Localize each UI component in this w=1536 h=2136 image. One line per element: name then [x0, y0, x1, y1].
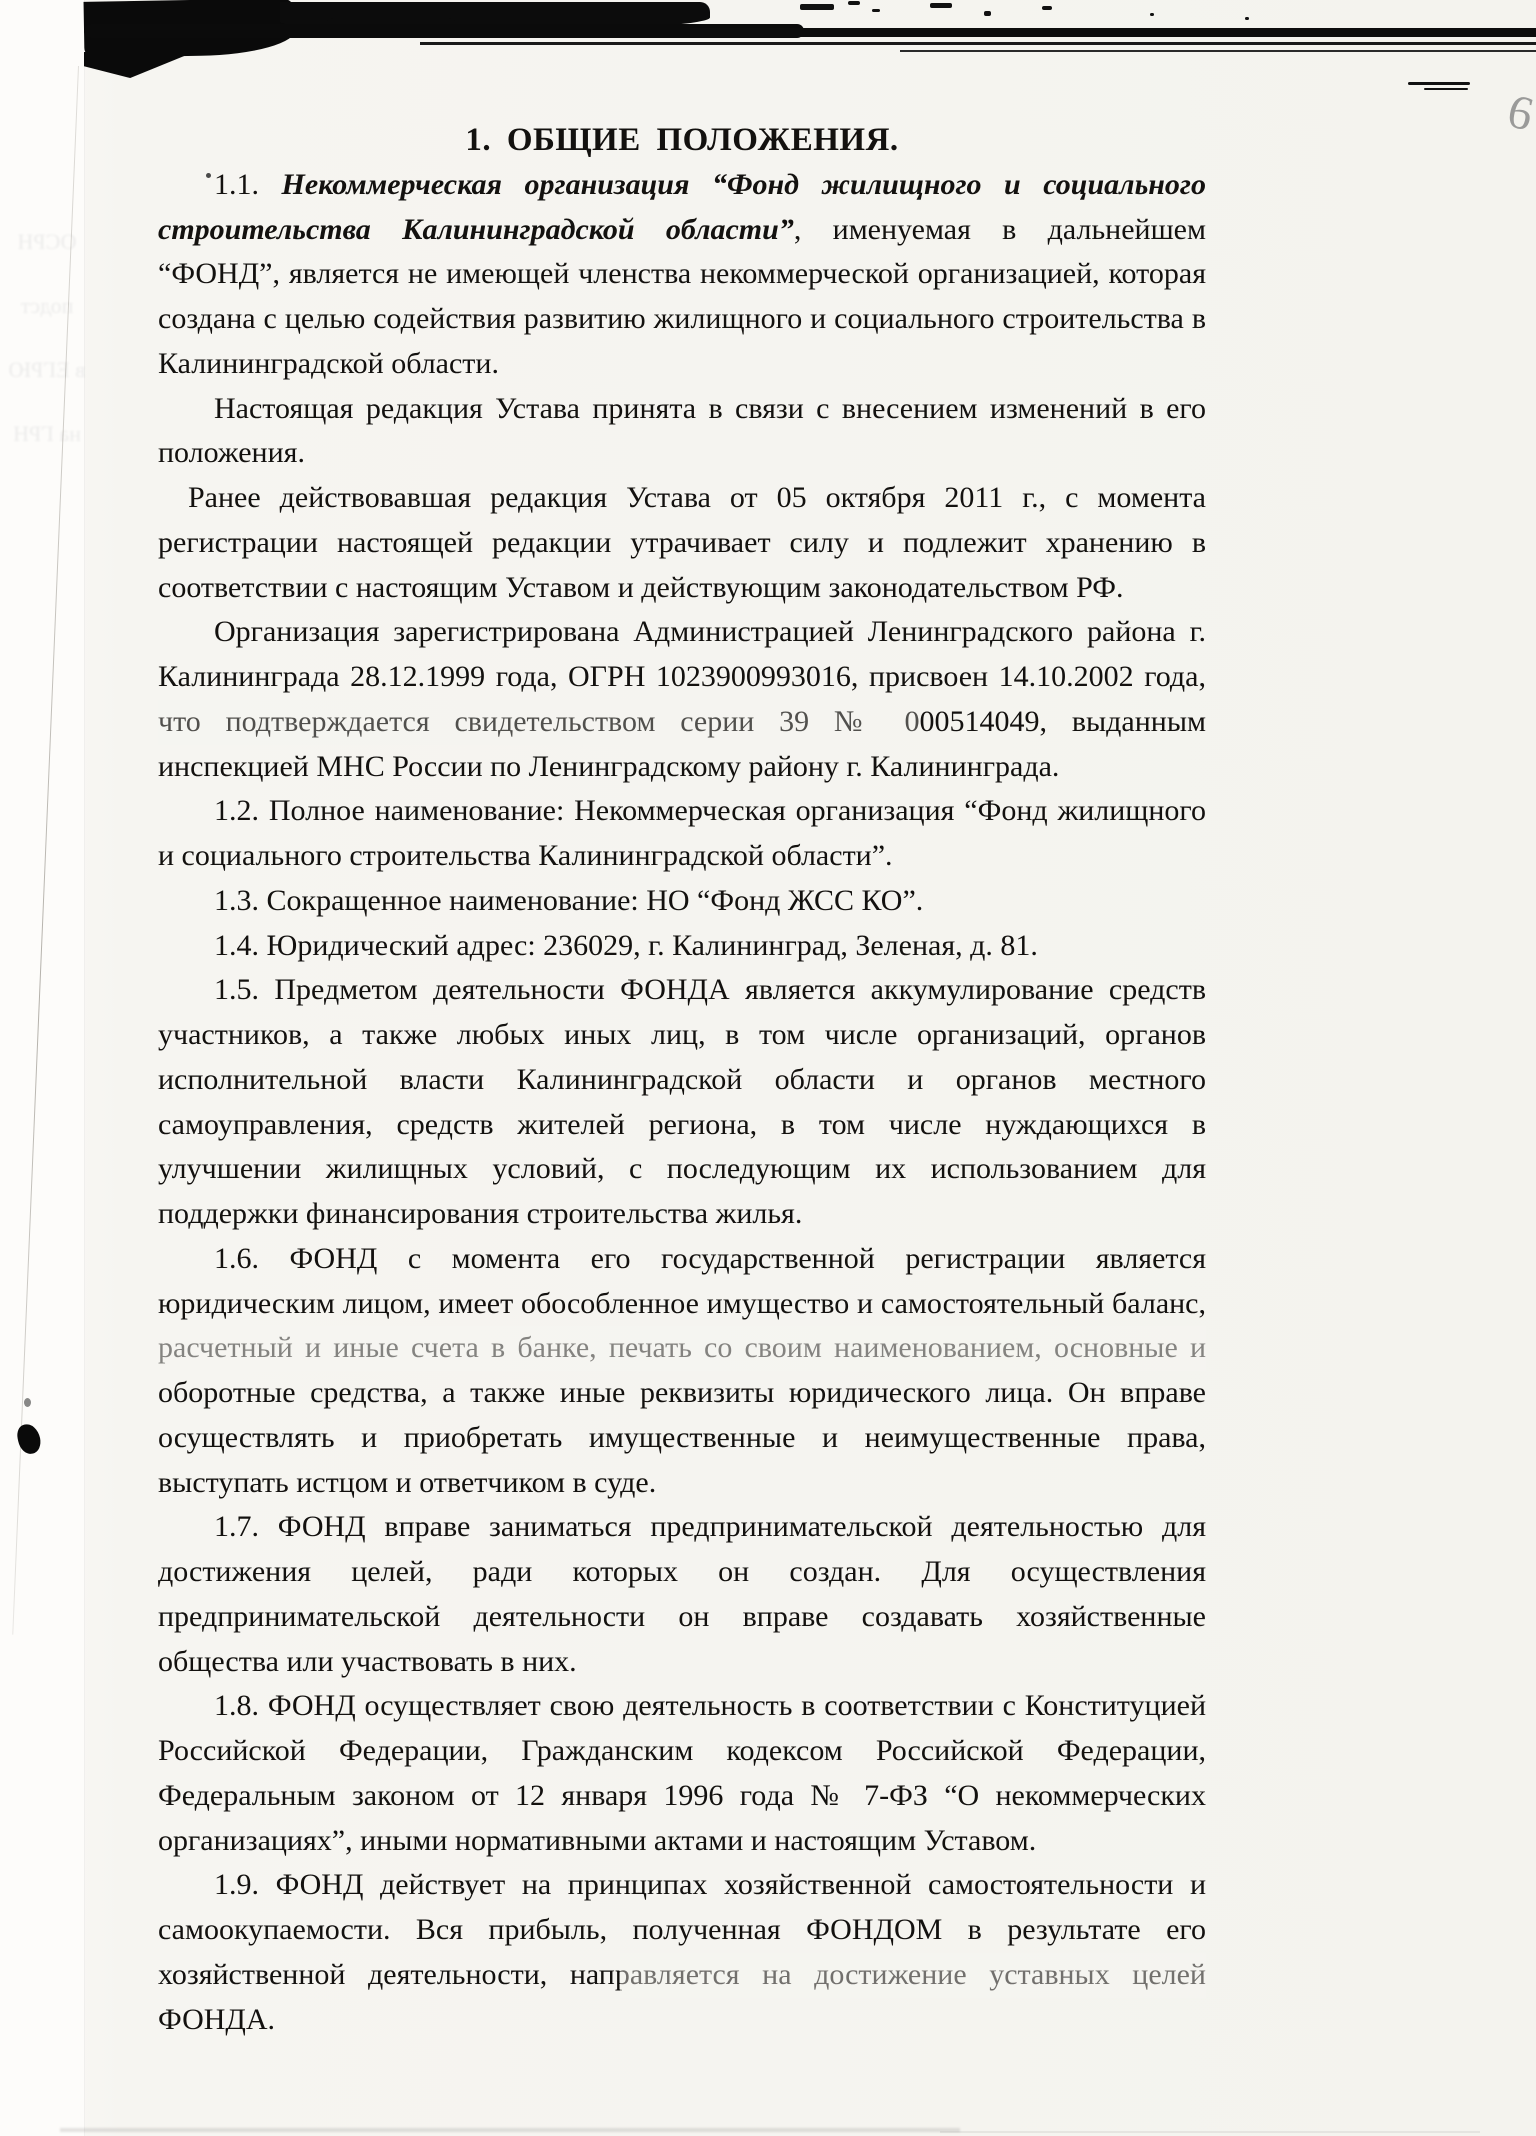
bottom-smudge	[60, 2128, 960, 2132]
ink-dot	[24, 1398, 31, 1407]
scan-dash	[1408, 82, 1470, 85]
scan-artifact-line2	[900, 50, 1536, 52]
paragraph-number: 1.1.	[214, 168, 282, 201]
scanned-document-page: ОСРН подст в ЕГРЮ на ГРН 6 1. ОБЩИЕ ПОЛО…	[0, 0, 1536, 2136]
paragraph-1-3: 1.3. Сокращенное наименование: НО “Фонд …	[158, 879, 1206, 924]
scan-dash	[1424, 88, 1468, 90]
scan-dash	[800, 4, 834, 10]
paragraph-1-1: 1.1. Некоммерческая организация “Фонд жи…	[158, 163, 1206, 387]
scan-dash	[984, 11, 991, 16]
paragraph-1-9: 1.9. ФОНД действует на принципах хозяйст…	[158, 1863, 1206, 2042]
handwritten-page-number: 6	[1502, 83, 1536, 148]
section-title: 1. ОБЩИЕ ПОЛОЖЕНИЯ.	[158, 118, 1206, 163]
scan-dash	[1245, 17, 1249, 20]
scan-dash	[1042, 6, 1052, 10]
paragraph-previous-edition: Ранее действовавшая редакция Устава от 0…	[158, 476, 1206, 610]
paragraph-registration: Организация зарегистрирована Администрац…	[158, 610, 1206, 789]
paragraph-1-7: 1.7. ФОНД вправе заниматься предпринимат…	[158, 1505, 1206, 1684]
scan-dash	[872, 9, 880, 12]
scan-dash	[1150, 13, 1154, 16]
scan-artifact-band-thin	[690, 28, 1536, 37]
paragraph-1-2: 1.2. Полное наименование: Некоммерческая…	[158, 789, 1206, 879]
paragraph-1-4: 1.4. Юридический адрес: 236029, г. Калин…	[158, 924, 1206, 969]
bleedthrough-text: ОСРН подст в ЕГРЮ на ГРН	[2, 210, 92, 570]
paragraph-1-5: 1.5. Предметом деятельности ФОНДА являет…	[158, 968, 1206, 1237]
paragraph-1-6: 1.6. ФОНД с момента его государственной …	[158, 1237, 1206, 1506]
paragraph-1-8: 1.8. ФОНД осуществляет свою деятельность…	[158, 1684, 1206, 1863]
scan-dash	[930, 3, 952, 8]
bottom-smudge-2	[940, 2131, 1480, 2133]
scan-artifact-line	[420, 42, 1536, 45]
document-body: 1. ОБЩИЕ ПОЛОЖЕНИЯ. 1.1. Некоммерческая …	[158, 118, 1206, 2042]
scan-dash	[848, 1, 860, 5]
scan-artifact-wedge	[84, 52, 194, 78]
paragraph-edition-note: Настоящая редакция Устава принята в связ…	[158, 387, 1206, 477]
